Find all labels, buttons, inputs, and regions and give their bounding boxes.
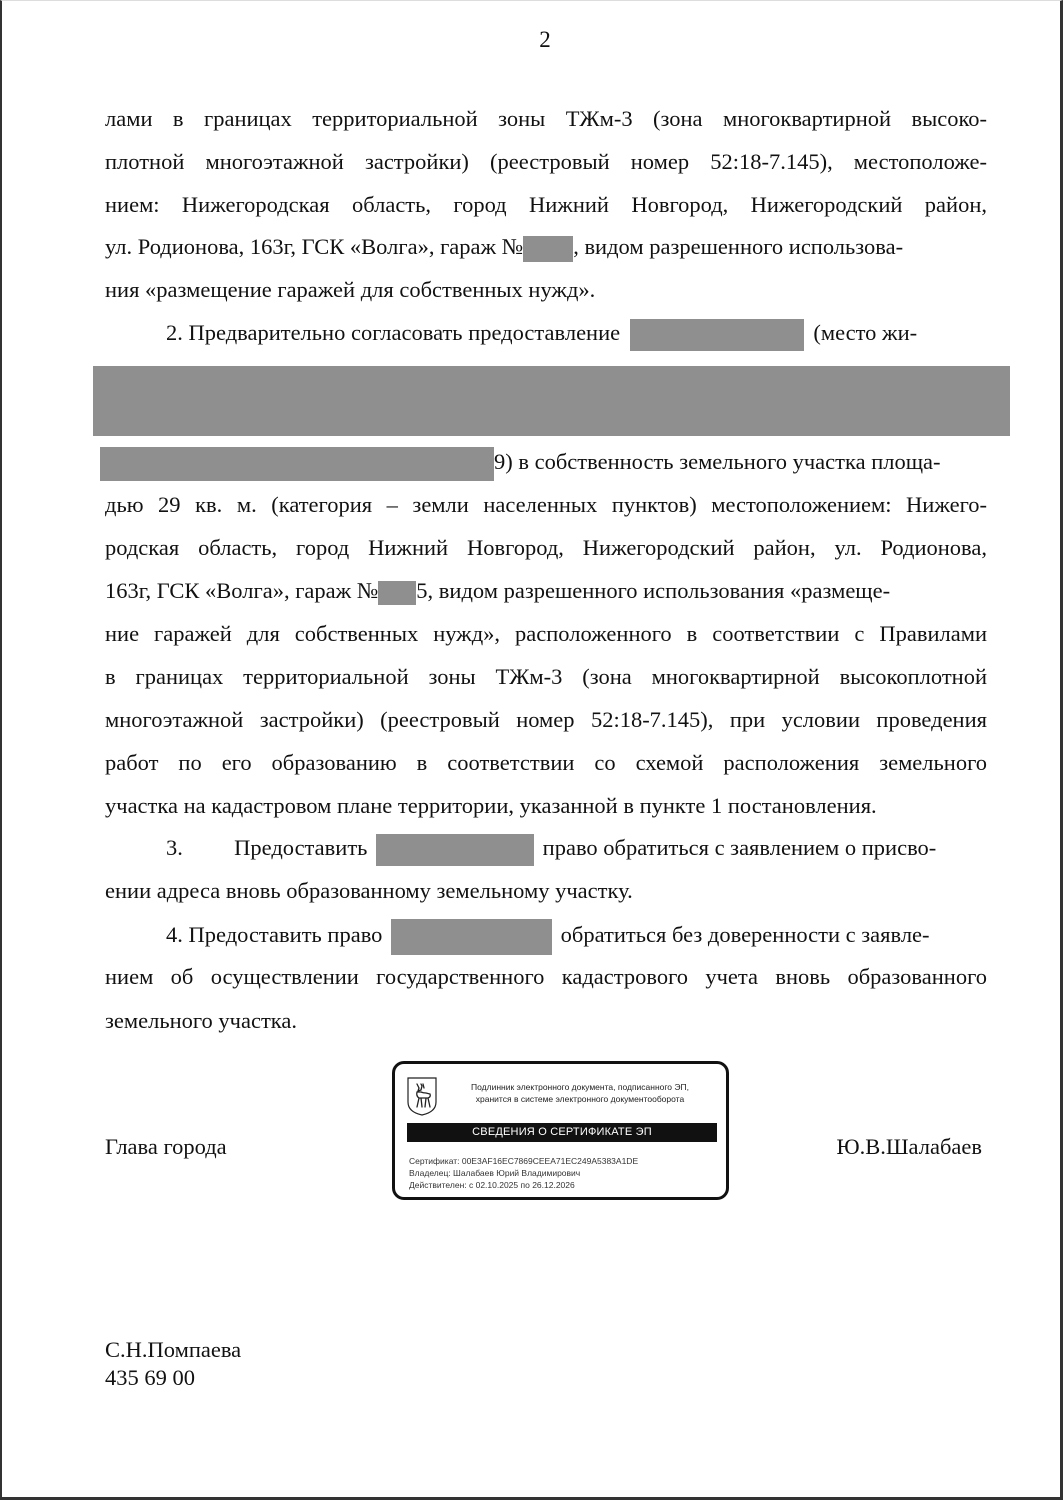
body-line: участка на кадастровом плане территории,… [105,791,987,821]
body-line: работ по его образованию в соответствии … [105,748,987,778]
text-fragment: 163г, ГСК «Волга», гараж № [105,578,378,603]
body-line: ние гаражей для собственных нужд», распо… [105,619,987,649]
body-line: многоэтажной застройки) (реестровый номе… [105,705,987,735]
document-page: 2 лами в границах территориальной зоны Т… [0,0,1063,1500]
page-number: 2 [2,27,1063,53]
text-fragment: 4. Предоставить право [166,922,382,947]
text-fragment: (место жи- [813,320,917,345]
redaction-garage-number [378,581,416,605]
paragraph-2-first-line: 2. Предварительно согласовать предоставл… [166,318,987,351]
certificate-serial: Сертификат: 00E3AF16EC7869CEEA71EC249A53… [409,1155,638,1167]
paragraph-3-first-line: 3. Предоставить право обратиться с заявл… [166,833,987,866]
paragraph-4-first-line: 4. Предоставить право обратиться без дов… [166,919,987,955]
signatory-name: Ю.В.Шалабаев [836,1134,982,1160]
text-fragment: , видом разрешенного использования «разм… [428,578,891,603]
signatory-position: Глава города [105,1134,227,1160]
body-line: родская область, город Нижний Новгород, … [105,533,987,563]
stamp-title-band: СВЕДЕНИЯ О СЕРТИФИКАТЕ ЭП [407,1123,717,1142]
item-number: 3. [166,835,183,860]
redaction-applicant-details [100,447,494,481]
certificate-details: Сертификат: 00E3AF16EC7869CEEA71EC249A53… [409,1155,638,1191]
text-fragment: обратиться без доверенности с заявле- [561,922,930,947]
text-fragment: право обратиться с заявлением о присво- [543,835,937,860]
coat-of-arms-icon [406,1076,438,1116]
body-line: дью 29 кв. м. (категория – земли населен… [105,490,987,520]
redaction-applicant-name [376,834,534,866]
body-line: нием: Нижегородская область, город Нижни… [105,190,987,220]
stamp-caption-line: Подлинник электронного документа, подпис… [445,1081,715,1093]
executor-phone: 435 69 00 [105,1364,241,1392]
text-fragment: 2. Предварительно согласовать предоставл… [166,320,620,345]
stamp-caption: Подлинник электронного документа, подпис… [445,1081,715,1105]
text-fragment: ул. Родионова, 163г, ГСК «Волга», гараж … [105,234,523,259]
text-fragment: ) в собственность земельного участка пло… [505,449,940,474]
body-line: 9) в собственность земельного участка пл… [100,447,987,481]
executor-name: С.Н.Помпаева [105,1336,241,1364]
body-line: 163г, ГСК «Волга», гараж №5, видом разре… [105,576,987,606]
stamp-caption-line: хранится в системе электронного документ… [445,1093,715,1105]
executor-block: С.Н.Помпаева 435 69 00 [105,1336,241,1392]
text-fragment: , видом разрешенного использова- [573,234,903,259]
electronic-signature-stamp: Подлинник электронного документа, подпис… [392,1061,729,1200]
redaction-applicant-name [391,919,552,955]
body-line: лами в границах территориальной зоны ТЖм… [105,104,987,134]
certificate-owner: Владелец: Шалабаев Юрий Владимирович [409,1167,638,1179]
certificate-validity: Действителен: с 02.10.2025 по 26.12.2026 [409,1179,638,1191]
body-line: в границах территориальной зоны ТЖм-3 (з… [105,662,987,692]
text-fragment: Предоставить [234,835,367,860]
body-line: земельного участка. [105,1006,987,1036]
body-line: ении адреса вновь образованному земельно… [105,876,987,906]
redaction-address-block [93,366,1010,436]
text-fragment: 9 [494,449,505,474]
redaction-garage-number [523,236,573,262]
body-line: ния «размещение гаражей для собственных … [105,275,987,305]
body-line: плотной многоэтажной застройки) (реестро… [105,147,987,177]
redaction-applicant-name [630,319,804,351]
body-line: нием об осуществлении государственного к… [105,962,987,992]
text-fragment: 5 [416,578,427,603]
body-line: ул. Родионова, 163г, ГСК «Волга», гараж … [105,232,987,262]
